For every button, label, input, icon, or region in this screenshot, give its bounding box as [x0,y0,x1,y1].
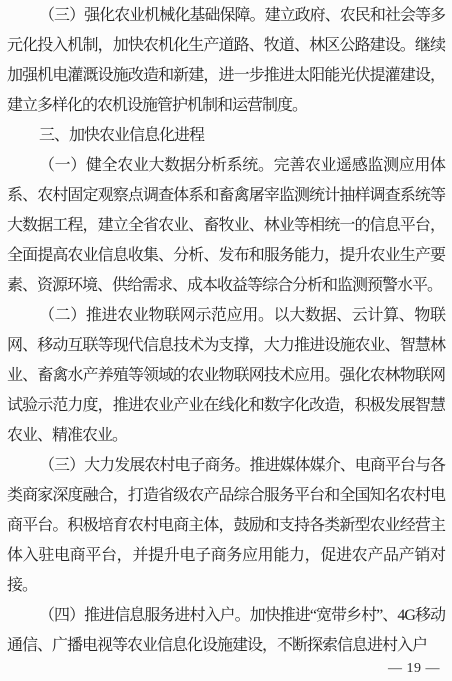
paragraph-machinery-support: （三）强化农业机械化基础保障。建立政府、农民和社会等多元化投入机制，加快农机化生… [7,1,445,121]
document-page: （三）强化农业机械化基础保障。建立政府、农民和社会等多元化投入机制，加快农机化生… [0,0,452,681]
page-number: — 19 — [388,661,440,676]
paragraph-rural-ecommerce: （三）大力发展农村电子商务。推进媒体媒介、电商平台与各类商家深度融合，打造省级农… [7,451,445,601]
paragraph-iot-demonstration: （二）推进农业物联网示范应用。以大数据、云计算、物联网、移动互联等现代信息技术为… [7,301,445,451]
paragraph-info-services-village: （四）推进信息服务进村入户。加快推进“宽带乡村”、4G移动通信、广播电视等农业信… [7,601,445,661]
document-body: （三）强化农业机械化基础保障。建立政府、农民和社会等多元化投入机制，加快农机化生… [7,1,445,661]
paragraph-big-data-analysis: （一）健全农业大数据分析系统。完善农业遥感监测应用体系、农村固定观察点调查体系和… [7,151,445,301]
section-heading-informatization: 三、加快农业信息化进程 [7,121,445,151]
